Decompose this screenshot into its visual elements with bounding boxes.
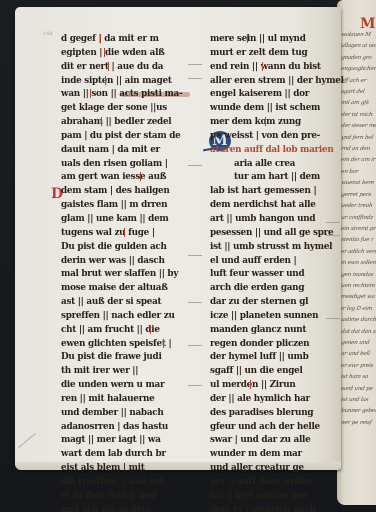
text-line: swar | und dar zu alle xyxy=(210,433,340,447)
text-line: dit er nert | aue du da xyxy=(61,60,193,74)
rubric-stroke xyxy=(163,339,164,348)
text-line: des paradises blerung xyxy=(210,406,340,420)
text-line: ul merden || Zirun xyxy=(210,378,340,392)
text-line: regen donder pliczen xyxy=(210,337,340,351)
text-line: eist als blem | mit xyxy=(61,461,193,475)
text-line: lab ist hart gemessen | xyxy=(210,184,340,198)
text-line: die unden wern u mar xyxy=(61,378,193,392)
text-line: magt || mer iagt || wa xyxy=(61,433,193,447)
text-line: gfeur und ach der helle xyxy=(210,420,340,434)
text-line: tur am hart || dem xyxy=(210,170,340,184)
text-line: mal brut wer slaffen || by xyxy=(61,267,193,281)
rubric-stroke xyxy=(100,34,101,43)
text-line: Du pist die gulden ach xyxy=(61,240,193,254)
text-line: ast || auß der si speat xyxy=(61,295,193,309)
text-line: dem stam | des hailgen xyxy=(61,184,193,198)
text-line: und ach die m dem xyxy=(61,503,193,512)
text-line: dem er | vegleich nach xyxy=(210,503,340,512)
text-line: art || umb hangon und xyxy=(210,212,340,226)
rubric-stroke xyxy=(108,62,109,71)
text-line: mere sein || ul mynd xyxy=(210,32,340,46)
rubric-line: aturen auff dal lob marien xyxy=(210,143,340,157)
text-line: tugens wal zu fuge | xyxy=(61,226,193,240)
text-line: icze || planeten sunnen xyxy=(210,309,340,323)
text-line: engel kaiserem || dor xyxy=(210,87,340,101)
text-line: gaistes flam || m drren xyxy=(61,198,193,212)
text-line: pesessen || und all ge spre xyxy=(210,226,340,240)
text-line: el und auff erden | xyxy=(210,254,340,268)
text-line: wunder m dem mar xyxy=(210,447,340,461)
text-line: wunde dem || ist schem xyxy=(210,101,340,115)
text-line: manden glancz nunt xyxy=(210,323,340,337)
text-line: Du pist die frawe judi xyxy=(61,350,193,364)
facing-page-text: wolauen M ullagen ai uemas gnaden gro en… xyxy=(341,30,376,429)
text-line: end rein || wann du bist xyxy=(210,60,340,74)
text-line: cht || am frucht || die xyxy=(61,323,193,337)
text-line: aller eren strem || der hymel xyxy=(210,74,340,88)
text-line: uals den risen goliam | xyxy=(61,157,193,171)
text-line: dauit nam | da mit er xyxy=(61,143,193,157)
text-line: et m dem rein || und xyxy=(61,489,193,503)
text-line: ren || mit halauerne xyxy=(61,392,193,406)
rubric-stroke xyxy=(247,34,248,43)
rubric-stroke xyxy=(105,76,106,85)
text-line: adanosrren | das hastu xyxy=(61,420,193,434)
rubric-stroke xyxy=(150,325,151,334)
rubric-stroke xyxy=(140,172,141,181)
text-line: ist || umb strusst m hymel xyxy=(210,240,340,254)
right-text-column: mere sein || ul mynd murt er zelt dem tu… xyxy=(210,32,340,512)
text-line: die trosflem || auß zel xyxy=(61,475,193,489)
text-line: arch die erden gang xyxy=(210,281,340,295)
text-line: und aller creatur ge xyxy=(210,461,340,475)
text-line: abraham || bedler zedel xyxy=(61,115,193,129)
rubric-stroke xyxy=(262,62,263,71)
text-line: der hymel luff || umb xyxy=(210,350,340,364)
text-line: derin wer was || dasch xyxy=(61,254,193,268)
text-line: pe weisst | von den pre- xyxy=(210,129,340,143)
rubric-stroke xyxy=(124,228,125,237)
text-line: mose maise der altuaß xyxy=(61,281,193,295)
text-line: dar zu der sternen gl xyxy=(210,295,340,309)
rubric-stroke xyxy=(265,117,266,126)
text-line: inde sipten || ain maget xyxy=(61,74,193,88)
text-line: d gegef | da mit er m xyxy=(61,32,193,46)
rubric-stroke xyxy=(90,89,91,98)
text-line: egipten | die wden alß xyxy=(61,46,193,60)
text-line: ewen glichten speisfet | xyxy=(61,337,193,351)
left-text-column: d gegef | da mit er m egipten | die wden… xyxy=(61,32,193,512)
text-line: mer dem kom zung xyxy=(210,115,340,129)
text-line: dem nerdichst hat alle xyxy=(210,198,340,212)
text-line: tar || lapt sunder per xyxy=(210,489,340,503)
text-line: pam | du pist der stam de xyxy=(61,129,193,143)
text-line: get klage der sone ||us xyxy=(61,101,193,115)
text-line: per || auff diser erden xyxy=(210,475,340,489)
text-line: spreffen || nach edler zu xyxy=(61,309,193,323)
rubric-stroke xyxy=(101,117,102,126)
text-line: der || ale hymlich har xyxy=(210,392,340,406)
text-line: wan || son || acts pisti ma- xyxy=(61,87,193,101)
rubric-stroke xyxy=(104,48,105,57)
text-line: luft feur wasser und xyxy=(210,267,340,281)
text-line: aria alle crea xyxy=(210,157,340,171)
text-line: sgaff || un die engel xyxy=(210,364,340,378)
text-line: wart dem lab durch br xyxy=(61,447,193,461)
text-line: glam || une kam || dem xyxy=(61,212,193,226)
folio-number: 148 xyxy=(43,31,53,37)
text-line: th mit irer wer || xyxy=(61,364,193,378)
rubric-stroke xyxy=(250,380,251,389)
text-line: am gert wan iesse auß xyxy=(61,170,193,184)
text-line: murt er zelt dem tug xyxy=(210,46,340,60)
text-line: und dember || nabach xyxy=(61,406,193,420)
